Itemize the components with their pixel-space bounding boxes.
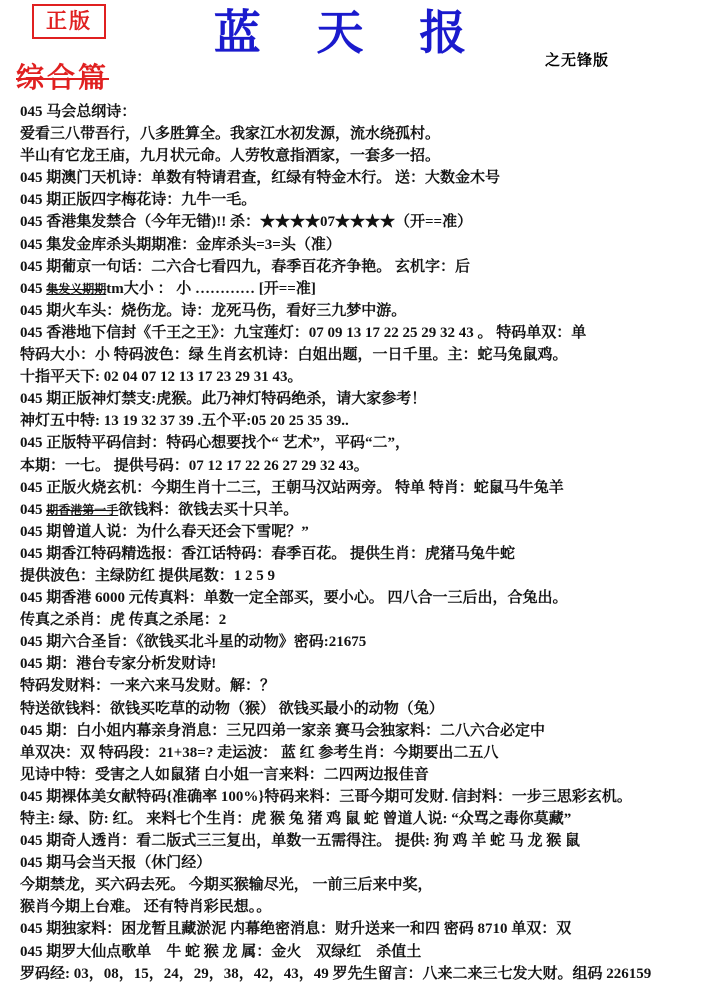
report-line: 045 期正版四字梅花诗：九牛一毛。 [20,189,698,211]
line-text: 045 期罗大仙点歌单 牛 蛇 猴 龙 属：金火 双绿红 杀值土 [20,944,421,960]
line-text: 猴肖今期上台难。 还有特肖彩民想。。 [20,899,271,915]
report-line: 今期禁龙，买六码去死。 今期买猴输尽光， 一前三后来中奖， [20,874,698,896]
lottery-tip-sheet-page: 正版 蓝 天 报 之无锋版 综合篇 045 马会总纲诗：爱看三八带吾行，八多胜算… [0,0,702,997]
report-line: 传真之杀肖：虎 传真之杀尾：2 [20,609,698,631]
report-line: 神灯五中特: 13 19 32 37 39 .五个平:05 20 25 35 3… [20,410,698,432]
line-text: 045 期奇人透肖：看二版式三三复出，单数一五需得注。 提供: 狗 鸡 羊 蛇 … [20,833,580,849]
line-text: 特送欲钱料：欲钱买吃草的动物（猴） 欲钱买最小的动物（兔） [20,701,444,717]
line-text: 提供波色：主绿防红 提供尾数：1 2 5 9 [20,568,275,584]
line-text: 罗码经: 03，08，15，24，29，38，42，43，49 罗先生留言：八来… [20,966,651,982]
report-line: 045 期裸体美女献特码{准确率 100%}特码来料：三哥今期可发财. 信封料：… [20,786,698,808]
report-line: 见诗中特：受害之人如鼠猪 白小姐一言来料：二四两边报佳音 [20,764,698,786]
report-line: 045 正版特平码信封：特码心想要找个“ 艺术”，平码“二”， [20,432,698,454]
line-text: 045 期六合圣旨：《欲钱买北斗星的动物》密码:21675 [20,634,366,650]
report-line: 045 期香港 6000 元传真料：单数一定全部买，要小心。 四八合一三后出，合… [20,587,698,609]
report-line: 045 期火车头：烧伤龙。诗：龙死马伤，看好三九梦中游。 [20,300,698,322]
line-text: 045 期马会当天报（休门经） [20,855,211,871]
report-line: 045 香港集发禁合（今年无错)!! 杀：★★★★07★★★★（开==准） [20,211,698,233]
line-text: 045 期曾道人说：为什么春天还会下雪呢？” [20,524,309,540]
line-text: 045 正版火烧玄机：今期生肖十二三，王朝马汉站两旁。 特单 特肖：蛇鼠马牛兔羊 [20,480,564,496]
struck-text: 期香港第一手 [46,503,118,517]
report-line: 特主: 绿、防: 红。 来料七个生肖：虎 猴 兔 猪 鸡 鼠 蛇 曾道人说: “… [20,808,698,830]
section-label: 综合篇 [16,56,109,96]
line-text: 045 期澳门天机诗：单数有特请君查，红绿有特金木行。 送：大数金木号 [20,170,500,186]
report-line: 本期：一七。 提供号码：07 12 17 22 26 27 29 32 43。 [20,455,698,477]
report-line: 罗码经: 03，08，15，24，29，38，42，43，49 罗先生留言：八来… [20,963,698,985]
report-line: 爱看三八带吾行，八多胜算全。我家江水初发源，流水绕孤村。 [20,123,698,145]
line-text: 神灯五中特: 13 19 32 37 39 .五个平:05 20 25 35 3… [20,413,349,429]
report-line: 045 正版火烧玄机：今期生肖十二三，王朝马汉站两旁。 特单 特肖：蛇鼠马牛兔羊 [20,477,698,499]
line-text: 传真之杀肖：虎 传真之杀尾：2 [20,612,226,628]
report-line: 半山有它龙王庙，九月状元命。人劳牧意指酒家，一套多一招。 [20,145,698,167]
line-text: 045 期：白小姐内幕亲身消息：三兄四弟一家亲 赛马会独家料：二八六合必定中 [20,723,545,739]
line-text: 045 期葡京一句话：二六合七看四九，春季百花齐争艳。 玄机字：后 [20,259,470,275]
line-text: 特主: 绿、防: 红。 来料七个生肖：虎 猴 兔 猪 鸡 鼠 蛇 曾道人说: “… [20,811,571,827]
report-line: 猴肖今期上台难。 还有特肖彩民想。。 [20,896,698,918]
line-text: 045 [20,502,46,518]
line-text: 045 期：港台专家分析发财诗! [20,656,216,672]
report-line: 045 期葡京一句话：二六合七看四九，春季百花齐争艳。 玄机字：后 [20,256,698,278]
report-line: 045 期奇人透肖：看二版式三三复出，单数一五需得注。 提供: 狗 鸡 羊 蛇 … [20,830,698,852]
line-text: 045 正版特平码信封：特码心想要找个“ 艺术”，平码“二”， [20,435,410,451]
line-text: 特码发财料：一来六来马发财。解：？ [20,678,275,694]
line-text: 045 集发金库杀头期期准：金库杀头=3=头（准） [20,237,341,253]
line-text: 045 期正版四字梅花诗：九牛一毛。 [20,192,256,208]
report-line: 045 集发义期期tm大小 ： 小 ………… [开==准] [20,278,698,300]
line-text: 045 [20,281,46,297]
report-line: 特码大小：小 特码波色：绿 生肖玄机诗：白姐出题，一日千里。主：蛇马兔鼠鸡。 [20,344,698,366]
line-text: 045 期香港 6000 元传真料：单数一定全部买，要小心。 四八合一三后出，合… [20,590,568,606]
line-text: 045 马会总纲诗： [20,104,136,120]
line-text: 045 期裸体美女献特码{准确率 100%}特码来料：三哥今期可发财. 信封料：… [20,789,632,805]
line-text: 045 香港地下信封《千王之王》：九宝莲灯：07 09 13 17 22 25 … [20,325,586,341]
line-text: 十指平天下: 02 04 07 12 13 17 23 29 31 43。 [20,369,303,385]
report-line: 045 集发金库杀头期期准：金库杀头=3=头（准） [20,234,698,256]
line-text: 欲钱料：欲钱去买十只羊。 [118,502,298,518]
report-line: 045 期香港第一手欲钱料：欲钱去买十只羊。 [20,499,698,521]
edition-label: 之无锋版 [545,49,609,70]
report-line: 045 期独家料：困龙暂且藏淤泥 内幕绝密消息：财升送来一和四 密码 8710 … [20,918,698,940]
struck-text: 集发义期期 [46,282,106,296]
line-text: 见诗中特：受害之人如鼠猪 白小姐一言来料：二四两边报佳音 [20,767,429,783]
line-text: 045 香港集发禁合（今年无错)!! 杀：★★★★07★★★★（开==准） [20,214,472,230]
report-line: 045 期：白小姐内幕亲身消息：三兄四弟一家亲 赛马会独家料：二八六合必定中 [20,720,698,742]
report-line: 045 期六合圣旨：《欲钱买北斗星的动物》密码:21675 [20,631,698,653]
report-line: 特码发财料：一来六来马发财。解：？ [20,675,698,697]
line-text: 045 期香江特码精选报：香江话特码：春季百花。 提供生肖：虎猪马兔牛蛇 [20,546,515,562]
line-text: 本期：一七。 提供号码：07 12 17 22 26 27 29 32 43。 [20,458,369,474]
report-line: 提供波色：主绿防红 提供尾数：1 2 5 9 [20,565,698,587]
report-line: 单双决：双 特码段：21+38=? 走运波： 蓝 红 参考生肖：今期要出二五八 [20,742,698,764]
line-text: 半山有它龙王庙，九月状元命。人劳牧意指酒家，一套多一招。 [20,148,440,164]
report-line: 045 期：港台专家分析发财诗! [20,653,698,675]
report-line: 045 期香江特码精选报：香江话特码：春季百花。 提供生肖：虎猪马兔牛蛇 [20,543,698,565]
report-line: 045 期马会当天报（休门经） [20,852,698,874]
line-text: 爱看三八带吾行，八多胜算全。我家江水初发源，流水绕孤村。 [20,126,440,142]
report-line: 045 期澳门天机诗：单数有特请君查，红绿有特金木行。 送：大数金木号 [20,167,698,189]
report-body: 045 马会总纲诗：爱看三八带吾行，八多胜算全。我家江水初发源，流水绕孤村。半山… [20,101,698,985]
line-text: 045 期独家料：困龙暂且藏淤泥 内幕绝密消息：财升送来一和四 密码 8710 … [20,921,571,937]
line-text: tm大小 ： 小 ………… [开==准] [106,281,316,297]
line-text: 单双决：双 特码段：21+38=? 走运波： 蓝 红 参考生肖：今期要出二五八 [20,745,498,761]
report-line: 045 马会总纲诗： [20,101,698,123]
line-text: 045 期正版神灯禁支:虎猴。此乃神灯特码绝杀，请大家参考！ [20,391,426,407]
report-line: 045 期正版神灯禁支:虎猴。此乃神灯特码绝杀，请大家参考！ [20,388,698,410]
report-line: 特送欲钱料：欲钱买吃草的动物（猴） 欲钱买最小的动物（兔） [20,698,698,720]
line-text: 特码大小：小 特码波色：绿 生肖玄机诗：白姐出题，一日千里。主：蛇马兔鼠鸡。 [20,347,568,363]
report-line: 045 期罗大仙点歌单 牛 蛇 猴 龙 属：金火 双绿红 杀值土 [20,941,698,963]
report-line: 045 期曾道人说：为什么春天还会下雪呢？” [20,521,698,543]
report-line: 十指平天下: 02 04 07 12 13 17 23 29 31 43。 [20,366,698,388]
line-text: 045 期火车头：烧伤龙。诗：龙死马伤，看好三九梦中游。 [20,303,406,319]
line-text: 今期禁龙，买六码去死。 今期买猴输尽光， 一前三后来中奖， [20,877,433,893]
report-line: 045 香港地下信封《千王之王》：九宝莲灯：07 09 13 17 22 25 … [20,322,698,344]
